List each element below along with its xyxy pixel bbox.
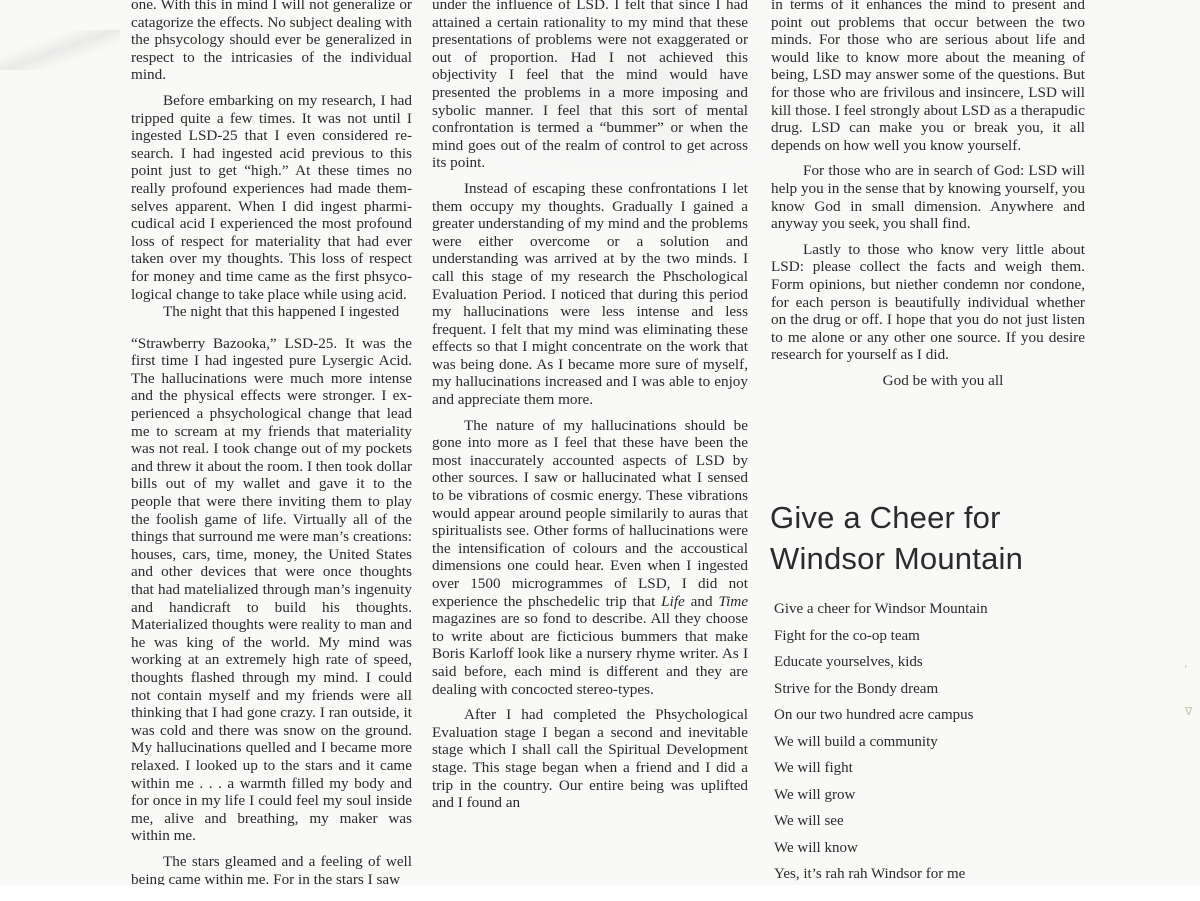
paragraph-text: and	[685, 593, 719, 610]
poem-line: We will build a community	[774, 729, 1074, 756]
scanned-page: one. With this in mind I will not genera…	[0, 0, 1200, 885]
paragraph: Instead of escaping these confrontations…	[432, 180, 748, 409]
paragraph-text: The nature of my hallucinations should b…	[432, 417, 748, 610]
poem-line: Fight for the co-op team	[774, 623, 1074, 650]
paragraph: After I had completed the Phsychologi­ca…	[432, 706, 748, 812]
paragraph: Before embarking on my research, I had t…	[131, 92, 412, 303]
paragraph: under the influence of LSD. I felt that …	[432, 0, 748, 172]
article-column-1: one. With this in mind I will not genera…	[131, 0, 412, 885]
poem-line: We will know	[774, 835, 1074, 862]
poem: Give a cheer for Windsor Mountain Fight …	[774, 596, 1074, 885]
magazine-title-time: Time	[718, 593, 748, 610]
poem-line: Yes, it’s rah rah Windsor for me	[774, 861, 1074, 885]
poem-headline: Give a Cheer for Windsor Mountain	[770, 497, 1090, 579]
scan-smudge	[0, 30, 120, 70]
page-bottom-margin	[0, 885, 1200, 901]
article-column-2: under the influence of LSD. I felt that …	[432, 0, 748, 820]
paragraph: The nature of my hallucinations should b…	[432, 417, 748, 699]
paragraph: one. With this in mind I will not genera…	[131, 0, 412, 84]
poem-line: We will fight	[774, 755, 1074, 782]
poem-line: On our two hundred acre campus	[774, 702, 1074, 729]
poem-line: Educate yourselves, kids	[774, 649, 1074, 676]
paragraph: Lastly to those who know very little a­b…	[771, 241, 1085, 364]
poem-line: We will see	[774, 808, 1074, 835]
magazine-title-life: Life	[661, 593, 685, 610]
paragraph: The night that this happened I ingested	[131, 303, 412, 321]
poem-line: We will grow	[774, 782, 1074, 809]
paragraph: For those who are in search of God: LSD …	[771, 162, 1085, 232]
poem-line: Give a cheer for Windsor Mountain	[774, 596, 1074, 623]
poem-line: Strive for the Bondy dream	[774, 676, 1074, 703]
signoff: God be with you all	[771, 372, 1085, 390]
paragraph-text: magazines are so fond to describe. All t…	[432, 610, 748, 697]
paragraph: “Strawberry Bazooka,” LSD-25. It was the…	[131, 335, 412, 845]
paragraph: in terms of it enhances the mind to pres…	[771, 0, 1085, 154]
paragraph: The stars gleamed and a feeling of well …	[131, 853, 412, 885]
scan-speck-icon: ∇	[1185, 705, 1192, 718]
article-column-3: in terms of it enhances the mind to pres…	[771, 0, 1085, 397]
scan-speck-icon: ‘	[1184, 663, 1188, 676]
